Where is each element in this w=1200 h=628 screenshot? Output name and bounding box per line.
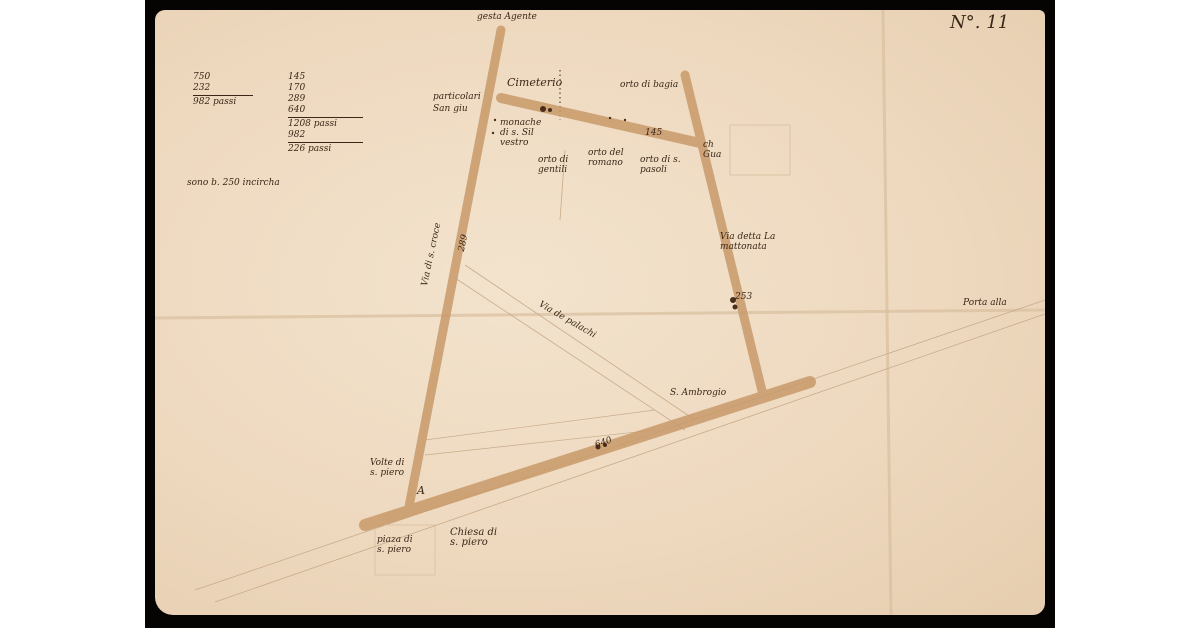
- calc-result: 226 passi: [288, 144, 363, 155]
- label-point-a: A: [417, 486, 425, 496]
- calc-value: 289: [288, 94, 363, 105]
- label-particolari: particolari: [433, 92, 481, 102]
- folio-number: N°. 11: [950, 12, 1009, 33]
- calc-value: 145: [288, 72, 363, 83]
- label-via-mattonata: Via detta La mattonata: [720, 232, 790, 252]
- measure-top: 145: [645, 128, 662, 138]
- calculation-right: 145 170 289 640 1208 passi 982 226 passi: [288, 72, 363, 155]
- label-s-ambrogio: S. Ambrogio: [670, 388, 726, 398]
- calc-value: 232: [193, 83, 253, 94]
- label-piazza: piaza di s. piero: [377, 535, 422, 555]
- calc-total: 1208 passi: [288, 119, 363, 130]
- measure-right: 253: [735, 292, 752, 302]
- label-monache: monache di s. Sil vestro: [500, 118, 545, 148]
- label-orto-bagia: orto di bagia: [620, 80, 678, 90]
- calc-value: 640: [288, 105, 363, 116]
- note-estimate: sono b. 250 incircha: [187, 178, 280, 188]
- calculation-left: 750 232 982 passi: [193, 72, 253, 108]
- calc-value: 750: [193, 72, 253, 83]
- label-orto-gentili: orto di gentili: [538, 155, 578, 175]
- label-orto-romano: orto del romano: [588, 148, 633, 168]
- label-ch-gua: ch Gua: [703, 140, 733, 160]
- label-san-giu: San giu: [433, 104, 468, 114]
- label-top-road: gesta Agente: [477, 12, 537, 22]
- label-cimeterio: Cimeterio: [507, 78, 562, 88]
- manuscript-map: N°. 11 750 232 982 passi 145 170 289 640…: [155, 10, 1045, 615]
- label-porta: Porta alla: [963, 298, 1007, 308]
- label-volte: Volte di s. piero: [370, 458, 408, 478]
- calc-total: 982 passi: [193, 97, 253, 108]
- calc-value: 170: [288, 83, 363, 94]
- label-orto-pasoli: orto di s. pasoli: [640, 155, 695, 175]
- calc-value: 982: [288, 130, 363, 141]
- label-chiesa: Chiesa di s. piero: [450, 528, 500, 548]
